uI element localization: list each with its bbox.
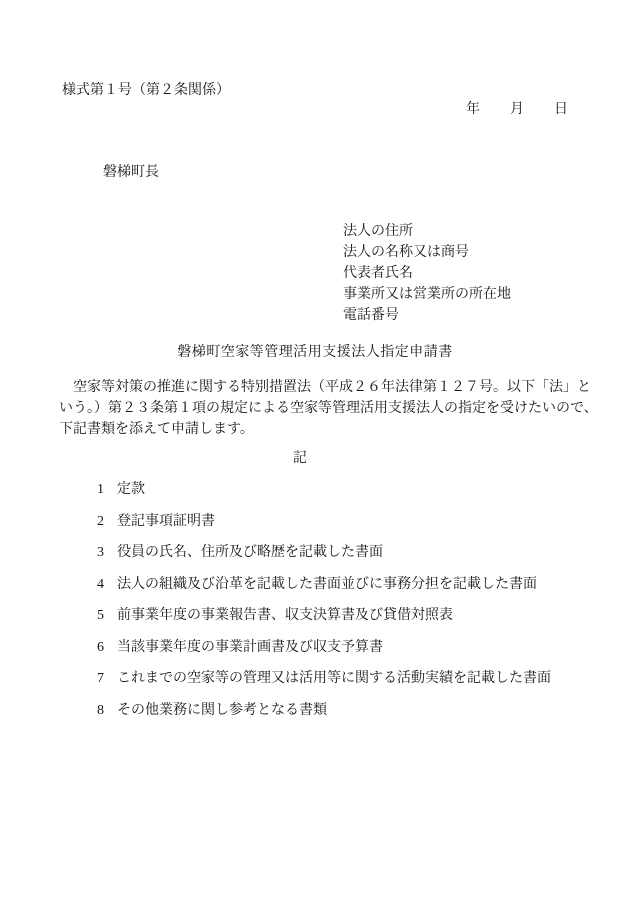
document-list-item: 2登記事項証明書 (97, 506, 551, 538)
applicant-field-phone-number: 電話番号 (343, 305, 511, 326)
document-number: 5 (97, 600, 117, 632)
body-paragraph: 空家等対策の推進に関する特別措置法（平成２６年法律第１２７号。以下「法」と いう… (59, 377, 574, 440)
applicant-field-office-location: 事業所又は営業所の所在地 (343, 284, 511, 305)
applicant-field-corporate-name: 法人の名称又は商号 (343, 242, 511, 263)
document-number: 8 (97, 695, 117, 727)
applicant-fields-block: 法人の住所 法人の名称又は商号 代表者氏名 事業所又は営業所の所在地 電話番号 (343, 221, 511, 326)
form-number-label: 様式第１号（第２条関係） (62, 84, 230, 98)
applicant-field-representative-name: 代表者氏名 (343, 263, 511, 284)
application-form-page: 様式第１号（第２条関係） 年 月 日 磐梯町長 法人の住所 法人の名称又は商号 … (0, 0, 630, 903)
document-list-item: 5前事業年度の事業報告書、収支決算書及び貸借対照表 (97, 600, 551, 632)
document-text: 定款 (117, 482, 145, 497)
date-day-label: 日 (554, 103, 568, 117)
document-number: 2 (97, 506, 117, 538)
body-paragraph-line-3: 下記書類を添えて申請します。 (59, 419, 574, 440)
document-number: 1 (97, 474, 117, 506)
document-text: 前事業年度の事業報告書、収支決算書及び貸借対照表 (117, 608, 453, 623)
document-number: 4 (97, 569, 117, 601)
required-documents-list: 1定款 2登記事項証明書 3役員の氏名、住所及び略歴を記載した書面 4法人の組織… (97, 474, 551, 726)
date-month-label: 月 (510, 103, 524, 117)
document-text: 当該事業年度の事業計画書及び収支予算書 (117, 640, 383, 655)
document-number: 6 (97, 632, 117, 664)
document-list-item: 3役員の氏名、住所及び略歴を記載した書面 (97, 537, 551, 569)
document-list-item: 1定款 (97, 474, 551, 506)
document-list-item: 4法人の組織及び沿革を記載した書面並びに事務分担を記載した書面 (97, 569, 551, 601)
applicant-field-address: 法人の住所 (343, 221, 511, 242)
document-text: 登記事項証明書 (117, 514, 215, 529)
document-text: 役員の氏名、住所及び略歴を記載した書面 (117, 545, 383, 560)
document-number: 3 (97, 537, 117, 569)
document-text: これまでの空家等の管理又は活用等に関する活動実績を記載した書面 (117, 671, 551, 686)
body-paragraph-line-1: 空家等対策の推進に関する特別措置法（平成２６年法律第１２７号。以下「法」と (59, 377, 574, 398)
document-list-item: 6当該事業年度の事業計画書及び収支予算書 (97, 632, 551, 664)
document-list-item: 7これまでの空家等の管理又は活用等に関する活動実績を記載した書面 (97, 663, 551, 695)
document-list-item: 8その他業務に関し参考となる書類 (97, 695, 551, 727)
document-number: 7 (97, 663, 117, 695)
recipient-label: 磐梯町長 (103, 166, 159, 180)
date-year-label: 年 (466, 103, 480, 117)
body-paragraph-line-2: いう。）第２３条第１項の規定による空家等管理活用支援法人の指定を受けたいので、 (59, 398, 574, 419)
document-title: 磐梯町空家等管理活用支援法人指定申請書 (0, 346, 630, 360)
date-line: 年 月 日 (466, 103, 568, 117)
document-text: その他業務に関し参考となる書類 (117, 703, 327, 718)
document-text: 法人の組織及び沿革を記載した書面並びに事務分担を記載した書面 (117, 577, 537, 592)
list-header-ki: 記 (0, 452, 600, 466)
